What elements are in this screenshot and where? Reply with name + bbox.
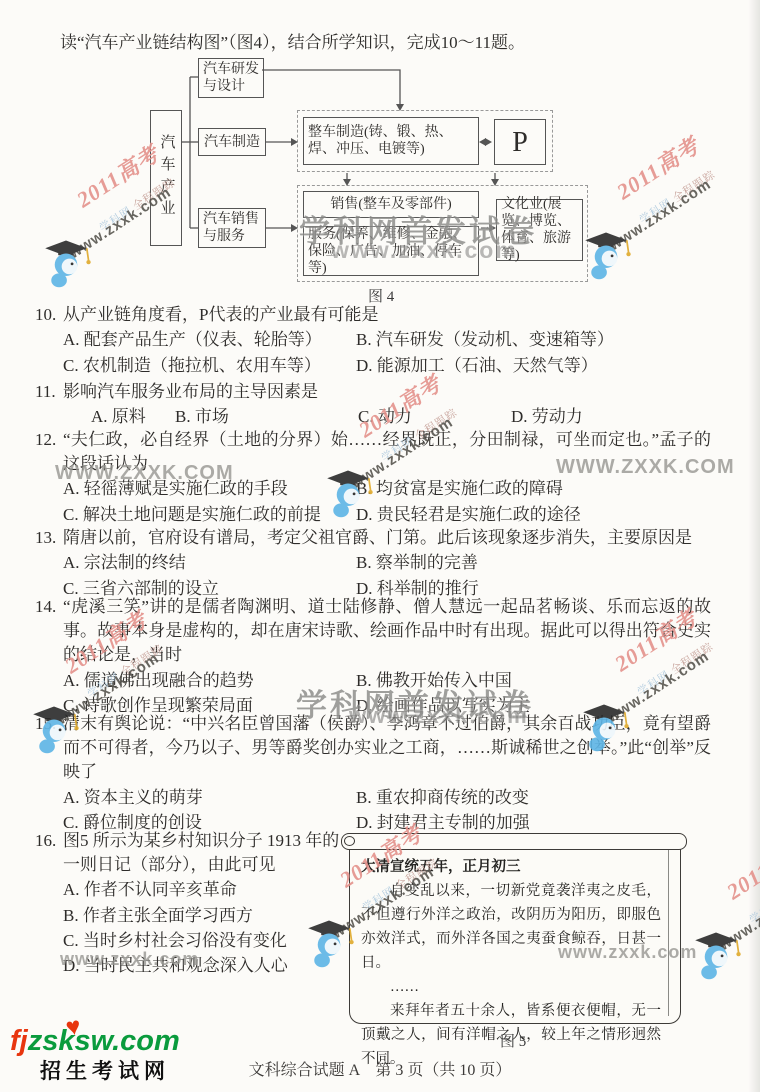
watermark-cluster: 2011高考 学科网 全程跟踪 www.zxxk.com xyxy=(580,168,735,293)
logo-url: fjzsksw.com xyxy=(10,1026,180,1056)
question-number: 16. xyxy=(35,829,56,853)
option-12-d: D. 贵民轻君是实施仁政的途径 xyxy=(356,502,711,528)
node-rd-design: 汽车研发 与设计 xyxy=(198,58,264,98)
node-culture-industry: 文化业(展览、博览、体育、旅游等) xyxy=(496,199,583,261)
diary-scroll-curl xyxy=(344,836,355,846)
node-manufacture: 汽车制造 xyxy=(198,128,266,156)
option-10-a: A. 配套产品生产（仪表、轮胎等） xyxy=(63,327,356,353)
option-15-a: A. 资本主义的萌芽 xyxy=(63,785,356,811)
node-auto-industry: 汽车产业 xyxy=(150,110,182,246)
option-11-c: C. 动力 xyxy=(358,404,412,430)
node-whole-vehicle: 整车制造(铸、锻、热、焊、冲压、电镀等) xyxy=(303,117,479,165)
question-number: 14. xyxy=(35,595,56,619)
scan-edge-shadow xyxy=(748,0,760,1092)
question-10: 10. 从产业链角度看，P代表的产业最有可能是 A. 配套产品生产（仪表、轮胎等… xyxy=(35,303,711,378)
option-11-b: B. 市场 xyxy=(175,404,229,430)
question-number: 15. xyxy=(35,712,56,736)
logo-cn-name: 招生考试网 xyxy=(40,1055,180,1085)
option-10-d: D. 能源加工（石油、天然气等） xyxy=(356,353,711,379)
question-stem: 清末有舆论说：“中兴名臣曾国藩（侯爵）、李鸿章不过伯爵，其余百战功臣，竟有望爵而… xyxy=(63,712,711,785)
option-10-b: B. 汽车研发（发动机、变速箱等） xyxy=(356,327,711,353)
zxxk-mascot-icon xyxy=(40,234,92,292)
option-11-a: A. 原料 xyxy=(91,404,146,430)
question-stem: “虎溪三笑”讲的是儒者陶渊明、道士陆修静、僧人慧远一起品茗畅谈、乐而忘返的故事。… xyxy=(63,595,711,668)
option-12-c: C. 解决土地问题是实施仁政的前提 xyxy=(63,502,356,528)
option-16-c: C. 当时乡村社会习俗没有变化 xyxy=(63,928,343,953)
diary-para-1: 自变乱以来，一切新党竟袭洋夷之皮毛，不但遵行外洋之政治，改阴历为阳历，即服色亦效… xyxy=(361,879,661,975)
intro-text: 读“汽车产业链结构图”（图4），结合所学知识，完成10～11题。 xyxy=(60,28,710,53)
question-stem: “夫仁政，必自经界（土地的分界）始……经界既正，分田制禄，可坐而定也。”孟子的这… xyxy=(63,428,711,476)
question-15: 15. 清末有舆论说：“中兴名臣曾国藩（侯爵）、李鸿章不过伯爵，其余百战功臣，竟… xyxy=(35,712,711,836)
question-11: 11. 影响汽车服务业布局的主导因素是 A. 原料 B. 市场 C. 动力 D.… xyxy=(35,380,711,430)
option-14-b: B. 佛教开始传入中国 xyxy=(356,668,711,694)
diary-date: 大清宣统五年，正月初三 xyxy=(361,855,661,879)
option-12-b: B. 均贫富是实施仁政的障碍 xyxy=(356,476,711,502)
option-15-b: B. 重农抑商传统的改变 xyxy=(356,785,711,811)
option-13-a: A. 宗法制的终结 xyxy=(63,550,356,576)
question-number: 11. xyxy=(35,380,56,404)
question-stem: 影响汽车服务业布局的主导因素是 xyxy=(63,380,711,404)
option-14-a: A. 儒道佛出现融合的趋势 xyxy=(63,668,356,694)
question-stem: 从产业链角度看，P代表的产业最有可能是 xyxy=(63,303,711,327)
diary-scroll-roll xyxy=(341,833,687,850)
question-number: 13. xyxy=(35,526,56,550)
option-10-c: C. 农机制造（拖拉机、农用车等） xyxy=(63,353,356,379)
site-logo: ♥ fjzsksw.com 招生考试网 xyxy=(10,1026,180,1085)
question-16: 16. 图5 所示为某乡村知识分子 1913 年的一则日记（部分），由此可见 A… xyxy=(35,829,343,978)
question-number: 12. xyxy=(35,428,56,452)
option-15-d: D. 封建君主专制的加强 xyxy=(356,810,711,836)
node-service: 服务(保养、维修、金融、保险、广告、加油、停车等) xyxy=(303,226,479,276)
node-sales-parts: 销售(整车及零部件) xyxy=(303,191,479,218)
diary-ellipsis: …… xyxy=(361,975,661,999)
node-sales-service: 汽车销售 与服务 xyxy=(198,208,266,248)
question-stem: 隋唐以前，官府设有谱局，考定父祖官爵、门第。此后该现象逐步消失，主要原因是 xyxy=(63,526,711,550)
figure5-caption: 图 5 xyxy=(500,1030,526,1051)
option-11-d: D. 劳动力 xyxy=(511,404,583,430)
node-p: P xyxy=(494,119,546,165)
question-12: 12. “夫仁政，必自经界（土地的分界）始……经界既正，分田制禄，可坐而定也。”… xyxy=(35,428,711,528)
option-13-b: B. 察举制的完善 xyxy=(356,550,711,576)
zxxk-mascot-icon xyxy=(690,926,742,984)
exam-page: 读“汽车产业链结构图”（图4），结合所学知识，完成10～11题。 汽车产业 汽车… xyxy=(0,0,760,1092)
option-16-b: B. 作者主张全面学习西方 xyxy=(63,903,343,928)
question-14: 14. “虎溪三笑”讲的是儒者陶渊明、道士陆修静、僧人慧远一起品茗畅谈、乐而忘返… xyxy=(35,595,711,719)
diary-scroll-edge xyxy=(668,850,669,1016)
question-stem: 图5 所示为某乡村知识分子 1913 年的一则日记（部分），由此可见 xyxy=(63,829,343,877)
option-12-a: A. 轻徭薄赋是实施仁政的手段 xyxy=(63,476,356,502)
option-16-d: D. 当时民主共和观念深入人心 xyxy=(63,953,343,978)
option-16-a: A. 作者不认同辛亥革命 xyxy=(63,877,343,902)
question-13: 13. 隋唐以前，官府设有谱局，考定父祖官爵、门第。此后该现象逐步消失，主要原因… xyxy=(35,526,711,601)
question-number: 10. xyxy=(35,303,56,327)
